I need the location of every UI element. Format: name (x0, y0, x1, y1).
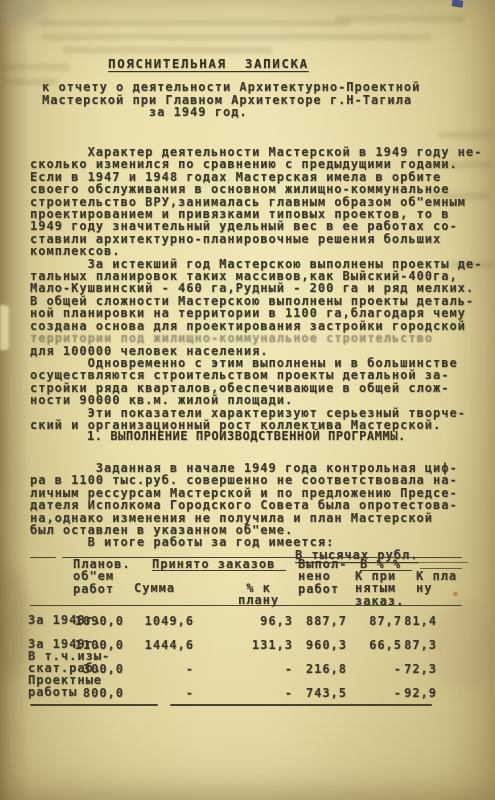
header-accepted-orders-group: Принято заказов (152, 558, 286, 571)
cell-done: 743,5 (276, 686, 347, 700)
bleedthrough-text (438, 132, 492, 138)
bleedthrough-text (335, 16, 465, 22)
paragraph-4: Эти показатели характеризуют серьезный т… (30, 407, 482, 432)
paragraph-2: За истекший год Мастерскою выполнены про… (30, 258, 482, 332)
paragraph-5: Заданная в начале 1949 года контрольная … (30, 462, 458, 549)
table-rule-caption-extension (418, 562, 468, 563)
header-accepted-sum: Сумма (134, 582, 175, 594)
table-rule-bottom-right (170, 704, 432, 706)
paper-stain (430, 600, 495, 690)
bleedthrough-text (62, 47, 272, 53)
section-1-heading: 1. ВЫПОЛНЕНИЕ ПРОИЗВОДСТВЕННОЙ ПРОГРАММЫ… (87, 430, 406, 442)
paper-edge-tear (0, 305, 9, 350)
header-completed-works: Выпол- нено работ (298, 558, 347, 595)
cell-done: 887,7 (276, 614, 347, 628)
cell-plan: 800,0 (58, 686, 124, 700)
cell-done: 960,3 (276, 638, 347, 652)
paragraph-1: Характер деятельности Мастерской в 1949 … (30, 146, 482, 258)
cell-accepted-sum: 1049,6 (128, 614, 194, 628)
cell-accepted-sum: - (128, 686, 194, 700)
header-pct-to-plan: К пла ну (416, 570, 457, 595)
cell-pct-plan: 81,4 (391, 614, 437, 628)
cell-plan: 1090,0 (58, 614, 124, 628)
paragraph-2-faded-line: территории под жилищно-коммунальное стро… (30, 332, 482, 344)
document-body: Характер деятельности Мастерской в 1949 … (30, 146, 482, 431)
cell-pct-plan: 72,3 (391, 662, 437, 676)
table-rule-top-left-dash (30, 557, 56, 558)
blue-pen-mark (452, 0, 464, 8)
paragraph-3: Одновременно с этим выполнены и в больши… (30, 357, 482, 407)
cell-accepted-sum: 1444,6 (128, 638, 194, 652)
header-planned-volume: Планов. об"ем работ (73, 558, 131, 595)
cell-pct-plan: 92,9 (391, 686, 437, 700)
header-pct-to-accepted: К при нятым заказ. (355, 570, 404, 607)
bleedthrough-text (40, 20, 350, 26)
cell-accepted-sum: - (128, 662, 194, 676)
bleedthrough-text (42, 34, 432, 40)
document-title: ПОЯСНИТЕЛЬНАЯ ЗАПИСКА (108, 58, 309, 70)
cell-pct-plan: 87,3 (391, 638, 437, 652)
paper-stain (0, 570, 30, 680)
header-accepted-pct-to-plan: % к плану (238, 582, 279, 607)
document-subtitle: к отчету о деятельности Архитектурно-Про… (42, 81, 420, 119)
scanned-document-page: ПОЯСНИТЕЛЬНАЯ ЗАПИСКА к отчету о деятель… (0, 0, 495, 800)
cell-done: 216,8 (276, 662, 347, 676)
table-rule-bottom-left (30, 704, 158, 706)
bleedthrough-text (0, 64, 70, 70)
